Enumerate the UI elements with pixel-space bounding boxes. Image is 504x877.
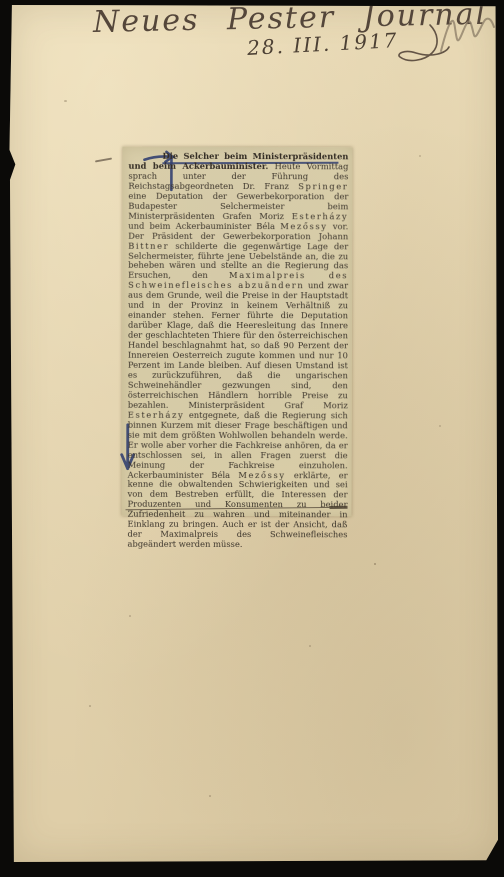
clipping-name-mezossy-2: Mezőssy [238, 470, 285, 480]
album-page-paper: Neues Pester Journal 28. III. 1917 Die S… [9, 5, 498, 862]
clipping-text: Die Selcher beim Ministerpräsidenten und… [127, 152, 348, 551]
newspaper-clipping: Die Selcher beim Ministerpräsidenten und… [122, 147, 353, 517]
paper-speck [209, 795, 211, 797]
paper-speck [374, 563, 376, 565]
paper-speck [64, 100, 67, 102]
scanned-archive-page: { "page": { "background_color": "#0b0a08… [0, 0, 504, 877]
paper-speck [89, 705, 91, 707]
clipping-headline-2: beim Ackerbauminister. [153, 161, 269, 171]
pencil-dash [95, 158, 112, 163]
paper-speck [419, 155, 421, 157]
paper-speck [129, 615, 131, 617]
clipping-body-segment: und beim Ackerbauminister Béla [128, 220, 280, 230]
paper-speck [309, 645, 311, 647]
clipping-name-springer: Springer [298, 181, 348, 191]
clipping-name-esterhazy: Esterházy [292, 211, 349, 221]
clipping-rule-end [330, 506, 348, 509]
clipping-body-segment: und zwar aus dem Grunde, weil die Preise… [128, 281, 348, 411]
clipping-name-mezossy: Mezőssy [280, 221, 327, 231]
paper-speck [439, 425, 441, 427]
clipping-name-esterhazy-2: Esterházy [128, 409, 185, 419]
pencil-mark-m [437, 15, 499, 57]
clipping-name-bittner: Bittner [128, 240, 169, 250]
